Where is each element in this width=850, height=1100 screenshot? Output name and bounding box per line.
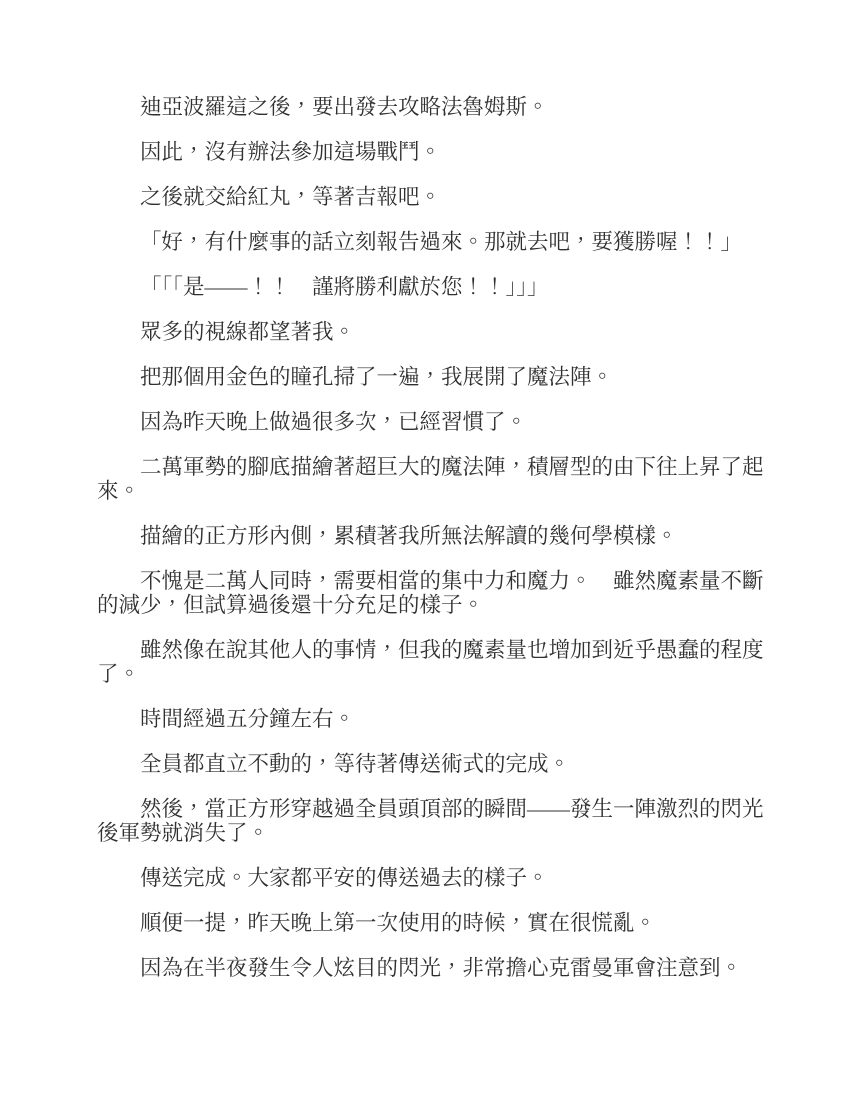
paragraph: 迪亞波羅這之後，要出發去攻略法魯姆斯。 xyxy=(97,95,769,119)
paragraph-dialogue: 「好，有什麼事的話立刻報告過來。那就去吧，要獲勝喔！！」 xyxy=(97,230,769,254)
paragraph: 之後就交給紅丸，等著吉報吧。 xyxy=(97,185,769,209)
paragraph: 雖然像在說其他人的事情，但我的魔素量也增加到近乎愚蠢的程度了。 xyxy=(97,638,769,686)
paragraph: 描繪的正方形內側，累積著我所無法解讀的幾何學模樣。 xyxy=(97,524,769,548)
paragraph: 順便一提，昨天晚上第一次使用的時候，實在很慌亂。 xyxy=(97,911,769,935)
paragraph: 把那個用金色的瞳孔掃了一遍，我展開了魔法陣。 xyxy=(97,365,769,389)
novel-page: 迪亞波羅這之後，要出發去攻略法魯姆斯。 因此，沒有辦法參加這場戰鬥。 之後就交給… xyxy=(0,0,850,1100)
paragraph: 因此，沒有辦法參加這場戰鬥。 xyxy=(97,140,769,164)
paragraph: 因為在半夜發生令人炫目的閃光，非常擔心克雷曼軍會注意到。 xyxy=(97,956,769,980)
paragraph: 全員都直立不動的，等待著傳送術式的完成。 xyxy=(97,752,769,776)
paragraph-dialogue: 「「「是——！！ 謹將勝利獻於您！！」」」 xyxy=(97,275,769,299)
paragraph: 然後，當正方形穿越過全員頭頂部的瞬間——發生一陣激烈的閃光後軍勢就消失了。 xyxy=(97,797,769,845)
text-content: 迪亞波羅這之後，要出發去攻略法魯姆斯。 因此，沒有辦法參加這場戰鬥。 之後就交給… xyxy=(97,95,769,980)
paragraph: 傳送完成。大家都平安的傳送過去的樣子。 xyxy=(97,866,769,890)
paragraph: 眾多的視線都望著我。 xyxy=(97,320,769,344)
paragraph: 因為昨天晚上做過很多次，已經習慣了。 xyxy=(97,410,769,434)
paragraph: 不愧是二萬人同時，需要相當的集中力和魔力。 雖然魔素量不斷的減少，但試算過後還十… xyxy=(97,569,769,617)
paragraph: 時間經過五分鐘左右。 xyxy=(97,707,769,731)
paragraph: 二萬軍勢的腳底描繪著超巨大的魔法陣，積層型的由下往上昇了起來。 xyxy=(97,455,769,503)
